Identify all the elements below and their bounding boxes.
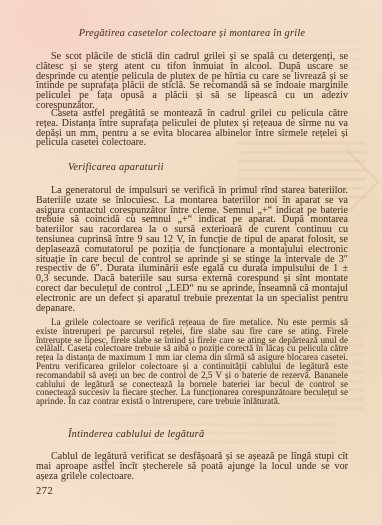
scanned-book-page: Pregătirea casetelor colectoare și monta… <box>0 0 382 525</box>
section-heading-intinderea-cablului: Întinderea cablului de legătură <box>68 429 204 440</box>
paragraph-verificare-2-small-print: La grilele colectoare se verifică rețeau… <box>36 318 348 406</box>
paragraph-pregatire-2: Caseta astfel pregătită se montează în c… <box>36 109 348 148</box>
section-heading-pregatirea-casetelor: Pregătirea casetelor colectoare și monta… <box>36 28 348 39</box>
paragraph-cablu-1: Cablul de legătură verificat se desfășoa… <box>36 452 348 481</box>
paragraph-pregatire-1: Se scot plăcile de sticlă din cadrul gri… <box>36 52 348 111</box>
paragraph-verificare-1: La generatorul de impulsuri se verifică … <box>36 186 348 313</box>
section-heading-verificarea-aparaturii: Verificarea aparaturii <box>68 162 164 173</box>
page-number: 272 <box>36 486 53 497</box>
